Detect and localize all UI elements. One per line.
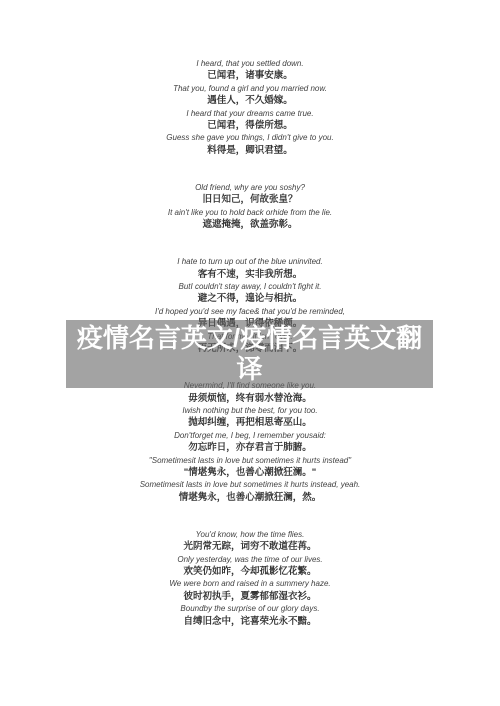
stanza-gap <box>0 157 500 169</box>
lyric-line-zh: 勿忘昨日，亦存君言于肺腑。 <box>0 442 500 454</box>
lyric-line-zh: 已闻君，诸事安康。 <box>0 70 500 82</box>
lyric-line-en: I'd hoped you'd see my face& that you'd … <box>0 306 500 318</box>
lyric-line-zh: 遇佳人，不久婚嫁。 <box>0 95 500 107</box>
lyric-line-zh: "情堪隽永，也善心潮掀狂澜。" <box>0 467 500 479</box>
lyric-line-en: Boundby the surprise of our glory days. <box>0 603 500 615</box>
lyric-line-en: ButI couldn't stay away, I couldn't figh… <box>0 281 500 293</box>
lyric-line-en: Old friend, why are you soshy? <box>0 182 500 194</box>
lyric-line-en: Don'tforget me, I beg, I remember yousai… <box>0 430 500 442</box>
lyric-line-en: Iwish nothing but the best, for you too. <box>0 405 500 417</box>
lyric-line-zh: 光阴常无踪，词穷不敢道荏苒。 <box>0 541 500 553</box>
title-overlay-banner: 疫情名言英文/疫情名言英文翻 译 <box>66 320 433 388</box>
page-title: 疫情名言英文/疫情名言英文翻 译 <box>77 323 422 385</box>
lyric-line-en: Sometimesit lasts in love but sometimes … <box>0 479 500 491</box>
lyric-line-en: We were born and raised in a summery haz… <box>0 578 500 590</box>
lyric-line-en: I heard, that you settled down. <box>0 58 500 70</box>
lyric-line-en: That you, found a girl and you married n… <box>0 83 500 95</box>
lyric-line-zh: 料得是，卿识君望。 <box>0 145 500 157</box>
lyric-line-zh: 自缚旧念中，诧喜荣光永不黯。 <box>0 616 500 628</box>
lyric-line-zh: 已闻君，得偿所想。 <box>0 120 500 132</box>
stanza-gap <box>0 516 500 528</box>
page-title-line-2: 译 <box>77 354 422 385</box>
lyric-line-en: I hate to turn up out of the blue uninvi… <box>0 256 500 268</box>
page-title-line-1: 疫情名言英文/疫情名言英文翻 <box>77 323 422 354</box>
lyric-line-zh: 情堪隽永，也善心潮掀狂澜，然。 <box>0 492 500 504</box>
lyric-line-zh: 避之不得，遑论与相抗。 <box>0 293 500 305</box>
document-page: I heard, that you settled down. 已闻君，诸事安康… <box>0 0 500 706</box>
lyric-line-zh: 彼时初执手，夏雾郁郁湿衣衫。 <box>0 591 500 603</box>
lyric-line-zh: 抛却纠缠，再把相思寄巫山。 <box>0 417 500 429</box>
lyric-line-zh: 毋须烦恼，终有弱水替沧海。 <box>0 393 500 405</box>
lyric-line-en: I heard that your dreams came true. <box>0 108 500 120</box>
stanza-gap <box>0 244 500 256</box>
lyric-line-en: Only yesterday, was the time of our live… <box>0 554 500 566</box>
lyric-line-zh: 旧日知己，何故张皇？ <box>0 194 500 206</box>
lyric-line-en: "Sometimesit lasts in love but sometimes… <box>0 455 500 467</box>
lyric-line-zh: 遮遮掩掩，欲盖弥彰。 <box>0 219 500 231</box>
lyric-line-zh: 欢笑仍如昨，今却孤影忆花繁。 <box>0 566 500 578</box>
lyric-line-en: You'd know, how the time flies. <box>0 529 500 541</box>
stanza-gap <box>0 170 500 182</box>
stanza-gap <box>0 504 500 516</box>
lyric-line-zh: 客有不速，实非我所想。 <box>0 269 500 281</box>
lyric-line-en: It ain't like you to hold back orhide fr… <box>0 207 500 219</box>
lyric-line-en: Guess she gave you things, I didn't give… <box>0 132 500 144</box>
stanza-gap <box>0 231 500 243</box>
